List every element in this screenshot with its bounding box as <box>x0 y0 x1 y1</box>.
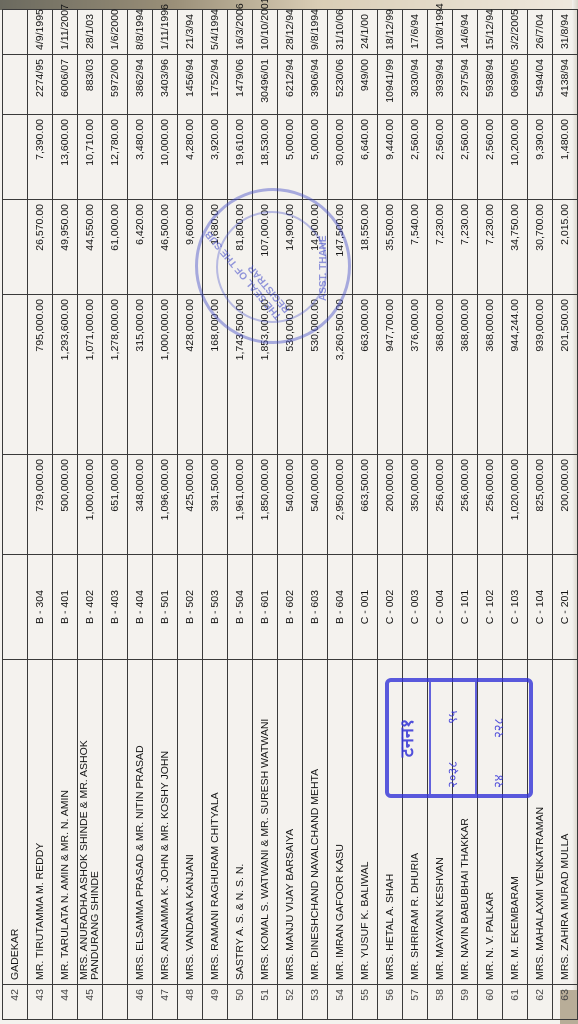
table-row: 42GADEKAR <box>3 10 28 1020</box>
table-row: 58MR. MAYAVAN KESHVANC - 004256,000.0036… <box>428 10 453 1020</box>
cell-name: MRS. ZAHIRA MURAD MULLA <box>553 660 578 985</box>
property-register-table: 42GADEKAR43MR. TIRUTAMMA M. REDDYB - 304… <box>2 9 578 1020</box>
cell-flat: B - 602 <box>278 555 303 660</box>
cell-c4: 391,500.00 <box>203 455 228 555</box>
cell-flat: C - 201 <box>553 555 578 660</box>
table-row: 61MR. M. EKEMBARAMC - 1031,020,000.00944… <box>503 10 528 1020</box>
cell-flat: B - 403 <box>103 555 128 660</box>
cell-c6: 34,750.00 <box>503 200 528 295</box>
cell-name <box>103 660 128 985</box>
cell-c7: 3,480.00 <box>128 115 153 200</box>
table-row: 47MRS. ANNAMMA K. JOHN & MR. KOSHY JOHNB… <box>153 10 178 1020</box>
cell-date: 8/8/1994 <box>128 10 153 55</box>
cell-c4: 256,000.00 <box>453 455 478 555</box>
cell-date: 24/1/00 <box>353 10 378 55</box>
cell-c7: 9,440.00 <box>378 115 403 200</box>
cell-date: 28/1/03 <box>78 10 103 55</box>
cell-sr: 51 <box>253 985 278 1020</box>
table-row: 57MR. SHRIRAM R. DHURIAC - 003350,000.00… <box>403 10 428 1020</box>
cell-flat: B - 503 <box>203 555 228 660</box>
cell-c4 <box>3 455 28 555</box>
table-row: B - 403651,000.001,278,000.0061,000.0012… <box>103 10 128 1020</box>
cell-sr: 46 <box>128 985 153 1020</box>
cell-name: MR. M. EKEMBARAM <box>503 660 528 985</box>
cell-reg: 30496/01 <box>253 55 278 115</box>
cell-c7: 2,560.00 <box>403 115 428 200</box>
cell-name: MRS. MAHALAXMI VENKATRAMAN <box>528 660 553 985</box>
cell-reg: 6006/07 <box>53 55 78 115</box>
cell-sr: 49 <box>203 985 228 1020</box>
cell-c5: 368,000.00 <box>453 295 478 455</box>
cell-flat: B - 501 <box>153 555 178 660</box>
cell-c6: 7,230.00 <box>453 200 478 295</box>
cell-c5: 530,000.00 <box>278 295 303 455</box>
cell-c4: 425,000.00 <box>178 455 203 555</box>
cell-c7: 19,610.00 <box>228 115 253 200</box>
cell-c4: 739,000.00 <box>28 455 53 555</box>
cell-c5: 1,293,600.00 <box>53 295 78 455</box>
cell-reg: 4138/94 <box>553 55 578 115</box>
cell-c6: 26,570.00 <box>28 200 53 295</box>
cell-flat: B - 502 <box>178 555 203 660</box>
cell-c7: 7,390.00 <box>28 115 53 200</box>
cell-date: 31/10/06 <box>328 10 353 55</box>
cell-name: GADEKAR <box>3 660 28 985</box>
cell-reg: 0699/05 <box>503 55 528 115</box>
cell-c4: 663,500.00 <box>353 455 378 555</box>
cell-c4: 2,950,000.00 <box>328 455 353 555</box>
cell-c7: 10,000.00 <box>153 115 178 200</box>
cell-c4: 348,000.00 <box>128 455 153 555</box>
cell-sr: 60 <box>478 985 503 1020</box>
cell-sr: 48 <box>178 985 203 1020</box>
cell-name: MR. N. V. PALKAR <box>478 660 503 985</box>
cell-c5: 3,260,500.00 <box>328 295 353 455</box>
cell-c6: 44,550.00 <box>78 200 103 295</box>
cell-reg <box>3 55 28 115</box>
cell-c7: 4,280.00 <box>178 115 203 200</box>
cell-date <box>3 10 28 55</box>
cell-flat: C - 002 <box>378 555 403 660</box>
cell-name: MRS. HETAL A. SHAH <box>378 660 403 985</box>
cell-c4: 825,000.00 <box>528 455 553 555</box>
cell-sr <box>103 985 128 1020</box>
cell-reg: 10941/99 <box>378 55 403 115</box>
cell-reg: 6212/94 <box>278 55 303 115</box>
cell-flat: C - 103 <box>503 555 528 660</box>
cell-c6: 81,800.00 <box>228 200 253 295</box>
cell-reg: 883/03 <box>78 55 103 115</box>
table-row: 50SASTRY A. S. & N. S. N.B - 5041,961,00… <box>228 10 253 1020</box>
cell-date: 1/6/2000 <box>103 10 128 55</box>
cell-name: MRS. ANURADHA ASHOK SHINDE & MR. ASHOKPA… <box>78 660 103 985</box>
cell-c7: 10,710.00 <box>78 115 103 200</box>
cell-sr: 52 <box>278 985 303 1020</box>
cell-c4: 256,000.00 <box>478 455 503 555</box>
cell-c5: 530,000.00 <box>303 295 328 455</box>
cell-date: 21/3/94 <box>178 10 203 55</box>
table-row: 60MR. N. V. PALKARC - 102256,000.00368,0… <box>478 10 503 1020</box>
cell-flat: B - 603 <box>303 555 328 660</box>
cell-name: MRS. RAMANI RAGHURAM CHITYALA <box>203 660 228 985</box>
cell-c6: 14,900.00 <box>278 200 303 295</box>
cell-c5: 663,000.00 <box>353 295 378 455</box>
cell-flat: B - 504 <box>228 555 253 660</box>
cell-date: 18/12/99 <box>378 10 403 55</box>
table-row: 54MR. IMRAN GAFOOR KASUB - 6042,950,000.… <box>328 10 353 1020</box>
cell-sr: 56 <box>378 985 403 1020</box>
cell-c5: 1,000,000.00 <box>153 295 178 455</box>
cell-c5: 168,000.00 <box>203 295 228 455</box>
cell-c7: 13,600.00 <box>53 115 78 200</box>
cell-c7: 2,560.00 <box>428 115 453 200</box>
cell-reg: 5938/94 <box>478 55 503 115</box>
cell-sr: 45 <box>78 985 103 1020</box>
cell-c7: 3,920.00 <box>203 115 228 200</box>
cell-c6: 6,420.00 <box>128 200 153 295</box>
cell-c6: 107,000.00 <box>253 200 278 295</box>
cell-c6: 61,000.00 <box>103 200 128 295</box>
cell-c6: 7,230.00 <box>428 200 453 295</box>
cell-c5: 944,244.00 <box>503 295 528 455</box>
cell-date: 26/7/04 <box>528 10 553 55</box>
cell-reg: 3403/96 <box>153 55 178 115</box>
cell-reg: 949/00 <box>353 55 378 115</box>
cell-c4: 540,000.00 <box>278 455 303 555</box>
cell-reg: 3906/94 <box>303 55 328 115</box>
cell-c5: 1,071,000.00 <box>78 295 103 455</box>
table-row: 45MRS. ANURADHA ASHOK SHINDE & MR. ASHOK… <box>78 10 103 1020</box>
cell-date: 16/3/2006 <box>228 10 253 55</box>
cell-c7: 9,390.00 <box>528 115 553 200</box>
cell-date: 3/2/2005 <box>503 10 528 55</box>
cell-c7: 10,200.00 <box>503 115 528 200</box>
cell-c6: 7,230.00 <box>478 200 503 295</box>
cell-c6: 46,500.00 <box>153 200 178 295</box>
table-row: 49MRS. RAMANI RAGHURAM CHITYALAB - 50339… <box>203 10 228 1020</box>
cell-c4: 200,000.00 <box>378 455 403 555</box>
cell-c5: 795,000.00 <box>28 295 53 455</box>
cell-c5: 939,000.00 <box>528 295 553 455</box>
cell-flat: C - 102 <box>478 555 503 660</box>
cell-reg: 5494/04 <box>528 55 553 115</box>
cell-flat: B - 402 <box>78 555 103 660</box>
cell-name: MR. MAYAVAN KESHVAN <box>428 660 453 985</box>
cell-date: 10/8/1994 <box>428 10 453 55</box>
cell-date: 17/6/94 <box>403 10 428 55</box>
cell-c5 <box>3 295 28 455</box>
cell-sr: 47 <box>153 985 178 1020</box>
cell-date: 5/4/1994 <box>203 10 228 55</box>
table-row: 44MR. TARULATA N. AMIN & MR. N. AMINB - … <box>53 10 78 1020</box>
cell-flat: B - 604 <box>328 555 353 660</box>
cell-c6: 14,900.00 <box>303 200 328 295</box>
cell-date: 10/10/2001 <box>253 10 278 55</box>
cell-sr: 58 <box>428 985 453 1020</box>
document-sheet: 42GADEKAR43MR. TIRUTAMMA M. REDDYB - 304… <box>0 0 578 1024</box>
cell-c7: 30,000.00 <box>328 115 353 200</box>
cell-date: 4/9/1995 <box>28 10 53 55</box>
table-row: 53MR. DINESHCHAND NAVALCHAND MEHTAB - 60… <box>303 10 328 1020</box>
cell-date: 1/11/1996 <box>153 10 178 55</box>
cell-reg: 3939/94 <box>428 55 453 115</box>
cell-sr: 55 <box>353 985 378 1020</box>
cell-c4: 200,000.00 <box>553 455 578 555</box>
cell-c4: 1,020,000.00 <box>503 455 528 555</box>
cell-name: MR. DINESHCHAND NAVALCHAND MEHTA <box>303 660 328 985</box>
cell-c5: 428,000.00 <box>178 295 203 455</box>
cell-c7: 12,780.00 <box>103 115 128 200</box>
cell-c6: 1,680.00 <box>203 200 228 295</box>
cell-reg: 1479/06 <box>228 55 253 115</box>
cell-c5: 1,853,000.00 <box>253 295 278 455</box>
cell-reg: 2274/95 <box>28 55 53 115</box>
cell-date: 15/12/94 <box>478 10 503 55</box>
cell-flat: B - 404 <box>128 555 153 660</box>
cell-c4: 256,000.00 <box>428 455 453 555</box>
cell-flat: C - 003 <box>403 555 428 660</box>
cell-c5: 376,000.00 <box>403 295 428 455</box>
cell-c4: 350,000.00 <box>403 455 428 555</box>
cell-reg: 3030/94 <box>403 55 428 115</box>
cell-c7: 5,000.00 <box>303 115 328 200</box>
cell-name: MR. TIRUTAMMA M. REDDY <box>28 660 53 985</box>
cell-c6: 9,600.00 <box>178 200 203 295</box>
cell-c4: 651,000.00 <box>103 455 128 555</box>
cell-reg: 2975/94 <box>453 55 478 115</box>
cell-name: MR. SHRIRAM R. DHURIA <box>403 660 428 985</box>
cell-c6: 2,015.00 <box>553 200 578 295</box>
cell-c5: 201,500.00 <box>553 295 578 455</box>
cell-c6: 30,700.00 <box>528 200 553 295</box>
cell-c6: 49,950.00 <box>53 200 78 295</box>
cell-name: MRS. KOMAL S. WATWANI & MR. SURESH WATWA… <box>253 660 278 985</box>
cell-flat: B - 601 <box>253 555 278 660</box>
table-row: 51MRS. KOMAL S. WATWANI & MR. SURESH WAT… <box>253 10 278 1020</box>
cell-sr: 42 <box>3 985 28 1020</box>
table-row: 56MRS. HETAL A. SHAHC - 002200,000.00947… <box>378 10 403 1020</box>
cell-name: MR. IMRAN GAFOOR KASU <box>328 660 353 985</box>
cell-sr: 61 <box>503 985 528 1020</box>
cell-flat: B - 304 <box>28 555 53 660</box>
cell-date: 28/12/94 <box>278 10 303 55</box>
cell-name: MRS. ELSAMMA PRASAD & MR. NITIN PRASAD <box>128 660 153 985</box>
cell-name: SASTRY A. S. & N. S. N. <box>228 660 253 985</box>
cell-c5: 947,700.00 <box>378 295 403 455</box>
cell-c7: 1,480.00 <box>553 115 578 200</box>
cell-c4: 540,000.00 <box>303 455 328 555</box>
cell-c6: 147,500.00 <box>328 200 353 295</box>
cell-c6: 35,500.00 <box>378 200 403 295</box>
cell-date: 14/6/94 <box>453 10 478 55</box>
cell-date: 1/11/2007 <box>53 10 78 55</box>
cell-c5: 315,000.00 <box>128 295 153 455</box>
cell-c7 <box>3 115 28 200</box>
cell-c5: 368,000.00 <box>428 295 453 455</box>
cell-c6: 7,540.00 <box>403 200 428 295</box>
owner-name-cont: PANDURANG SHINDE <box>90 664 101 980</box>
cell-flat: B - 401 <box>53 555 78 660</box>
cell-sr: 59 <box>453 985 478 1020</box>
cell-c4: 1,000,000.00 <box>78 455 103 555</box>
table-row: 46MRS. ELSAMMA PRASAD & MR. NITIN PRASAD… <box>128 10 153 1020</box>
cell-c7: 2,560.00 <box>478 115 503 200</box>
cell-flat: C - 001 <box>353 555 378 660</box>
cell-sr: 43 <box>28 985 53 1020</box>
cell-sr: 44 <box>53 985 78 1020</box>
cell-reg: 5972/00 <box>103 55 128 115</box>
cell-c5: 1,743,500.00 <box>228 295 253 455</box>
cell-c4: 1,850,000.00 <box>253 455 278 555</box>
cell-flat <box>3 555 28 660</box>
cell-c6: 18,550.00 <box>353 200 378 295</box>
cell-reg: 5230/06 <box>328 55 353 115</box>
cell-reg: 1456/94 <box>178 55 203 115</box>
cell-name: MRS. ANNAMMA K. JOHN & MR. KOSHY JOHN <box>153 660 178 985</box>
cell-sr: 57 <box>403 985 428 1020</box>
cell-name: MR. TARULATA N. AMIN & MR. N. AMIN <box>53 660 78 985</box>
cell-date: 9/8/1994 <box>303 10 328 55</box>
cell-reg: 3862/94 <box>128 55 153 115</box>
table-row: 52MRS. MANJU VIJAY BARSAIYAB - 602540,00… <box>278 10 303 1020</box>
cell-name: MRS. VANDANA KANJANI <box>178 660 203 985</box>
cell-sr: 50 <box>228 985 253 1020</box>
table-row: 48MRS. VANDANA KANJANIB - 502425,000.004… <box>178 10 203 1020</box>
table-row: 43MR. TIRUTAMMA M. REDDYB - 304739,000.0… <box>28 10 53 1020</box>
table-row: 55MR. YUSUF K. BALIWALC - 001663,500.006… <box>353 10 378 1020</box>
cell-flat: C - 101 <box>453 555 478 660</box>
cell-c4: 500,000.00 <box>53 455 78 555</box>
cell-c6 <box>3 200 28 295</box>
cell-sr: 62 <box>528 985 553 1020</box>
cell-sr: 54 <box>328 985 353 1020</box>
cell-c5: 368,000.00 <box>478 295 503 455</box>
cell-name: MRS. MANJU VIJAY BARSAIYA <box>278 660 303 985</box>
table-row: 59MR. NAVIN BABUBHAI THAKKARC - 101256,0… <box>453 10 478 1020</box>
cell-c4: 1,096,000.00 <box>153 455 178 555</box>
cell-reg: 1752/94 <box>203 55 228 115</box>
cell-flat: C - 004 <box>428 555 453 660</box>
cell-c7: 6,640.00 <box>353 115 378 200</box>
cell-c4: 1,961,000.00 <box>228 455 253 555</box>
cell-c7: 5,000.00 <box>278 115 303 200</box>
cell-date: 31/8/94 <box>553 10 578 55</box>
cell-name: MR. YUSUF K. BALIWAL <box>353 660 378 985</box>
table-row: 62MRS. MAHALAXMI VENKATRAMANC - 104825,0… <box>528 10 553 1020</box>
table-row: 63MRS. ZAHIRA MURAD MULLAC - 201200,000.… <box>553 10 578 1020</box>
cell-c7: 2,560.00 <box>453 115 478 200</box>
cell-name: MR. NAVIN BABUBHAI THAKKAR <box>453 660 478 985</box>
cell-c5: 1,278,000.00 <box>103 295 128 455</box>
cell-c7: 18,530.00 <box>253 115 278 200</box>
cell-flat: C - 104 <box>528 555 553 660</box>
cell-sr: 53 <box>303 985 328 1020</box>
cell-sr: 63 <box>553 985 578 1020</box>
